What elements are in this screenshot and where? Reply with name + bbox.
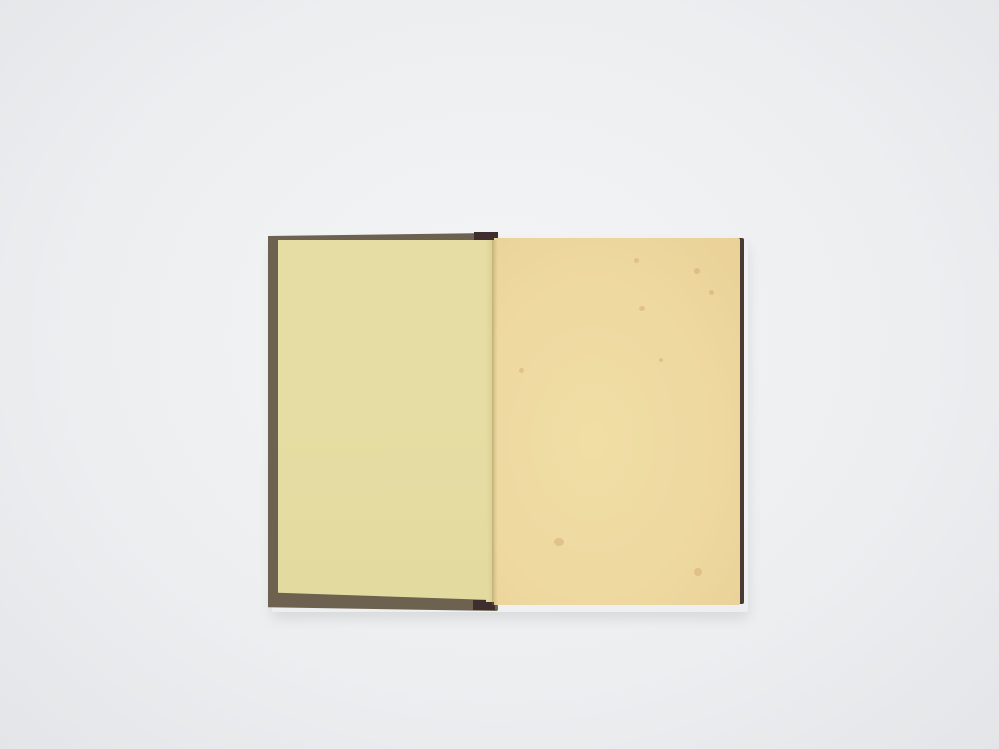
foxing-spot bbox=[694, 568, 702, 576]
left-endpaper bbox=[278, 240, 492, 600]
right-endpaper bbox=[494, 238, 740, 605]
photo-scene bbox=[0, 0, 999, 749]
foxing-spot bbox=[659, 358, 663, 362]
foxing-spot bbox=[694, 268, 700, 274]
foxing-spot bbox=[639, 306, 645, 311]
book-gutter bbox=[492, 240, 498, 605]
foxing-spot bbox=[519, 368, 524, 373]
foxing-spot bbox=[634, 258, 639, 263]
foxing-spot bbox=[554, 538, 564, 546]
foxing-spot bbox=[709, 290, 714, 295]
